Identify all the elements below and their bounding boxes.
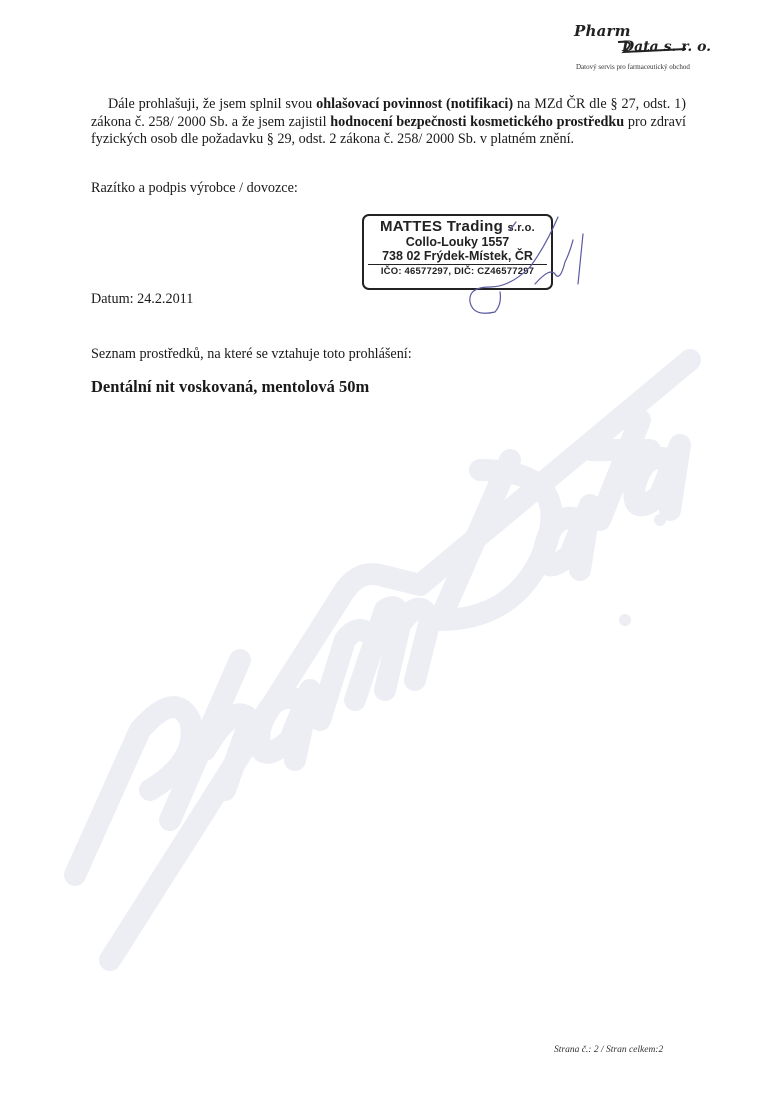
watermark [0,0,777,1100]
page-footer: Strana č.: 2 / Stran celkem:2 [554,1045,663,1055]
stamp-label: Razítko a podpis výrobce / dovozce: [91,180,298,197]
declaration-text-1: Dále prohlašuji, že jsem splnil svou [108,96,316,112]
logo-tagline: Datový servis pro farmaceutický obchod [576,63,690,71]
date-line: Datum: 24.2.2011 [91,291,193,308]
company-logo: Pharm Data s. r. o. Datový servis pro fa… [568,22,718,78]
logo-name-part1: Pharm [574,22,631,40]
declaration-bold-1: ohlašovací povinnost (notifikaci) [316,96,513,112]
declaration-bold-2: hodnocení bezpečnosti kosmetického prost… [330,114,624,130]
signature-icon [440,212,600,322]
declaration-paragraph: Dále prohlašuji, že jsem splnil svou ohl… [91,96,686,149]
product-name: Dentální nit voskovaná, mentolová 50m [91,377,369,397]
logo-name-part2: Data s. r. o. [622,39,711,55]
product-list-label: Seznam prostředků, na které se vztahuje … [91,346,412,363]
